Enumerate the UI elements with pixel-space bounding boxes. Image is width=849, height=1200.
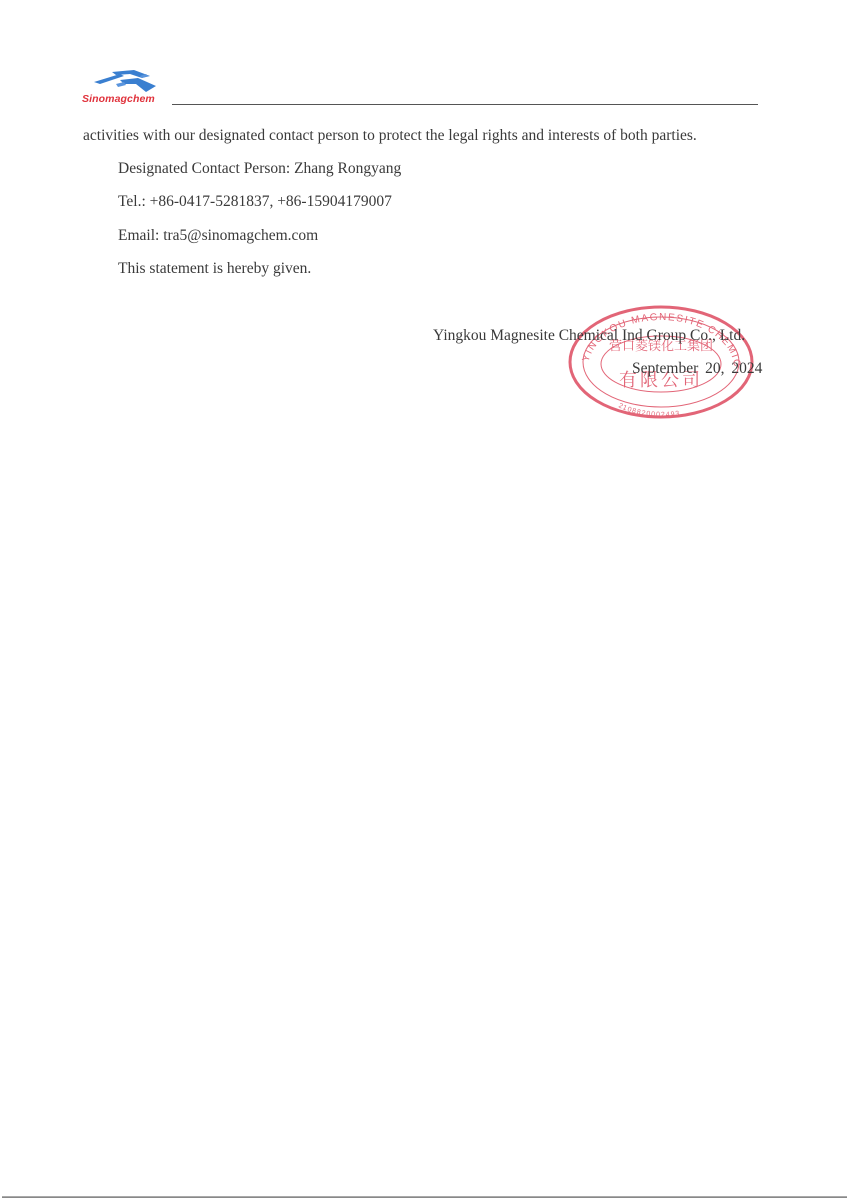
contact-person-line: Designated Contact Person: Zhang Rongyan…: [118, 160, 401, 178]
body-paragraph-continuation: activities with our designated contact p…: [83, 127, 697, 145]
signature-company-name: Yingkou Magnesite Chemical Ind Group Co.…: [433, 327, 745, 345]
telephone-line: Tel.: +86-0417-5281837, +86-15904179007: [118, 193, 392, 211]
header-divider: [172, 104, 758, 105]
signature-date: September 20, 2024: [632, 360, 762, 378]
document-page: Sinomagchem activities with our designat…: [0, 0, 849, 1200]
page-bottom-edge: [2, 1196, 847, 1198]
sinomagchem-logo-icon: [90, 68, 160, 94]
company-logo: Sinomagchem: [80, 68, 170, 108]
logo-wordmark: Sinomagchem: [82, 93, 155, 105]
closing-statement: This statement is hereby given.: [118, 260, 311, 278]
email-line: Email: tra5@sinomagchem.com: [118, 227, 318, 245]
svg-text:2108820002493: 2108820002493: [617, 402, 681, 418]
